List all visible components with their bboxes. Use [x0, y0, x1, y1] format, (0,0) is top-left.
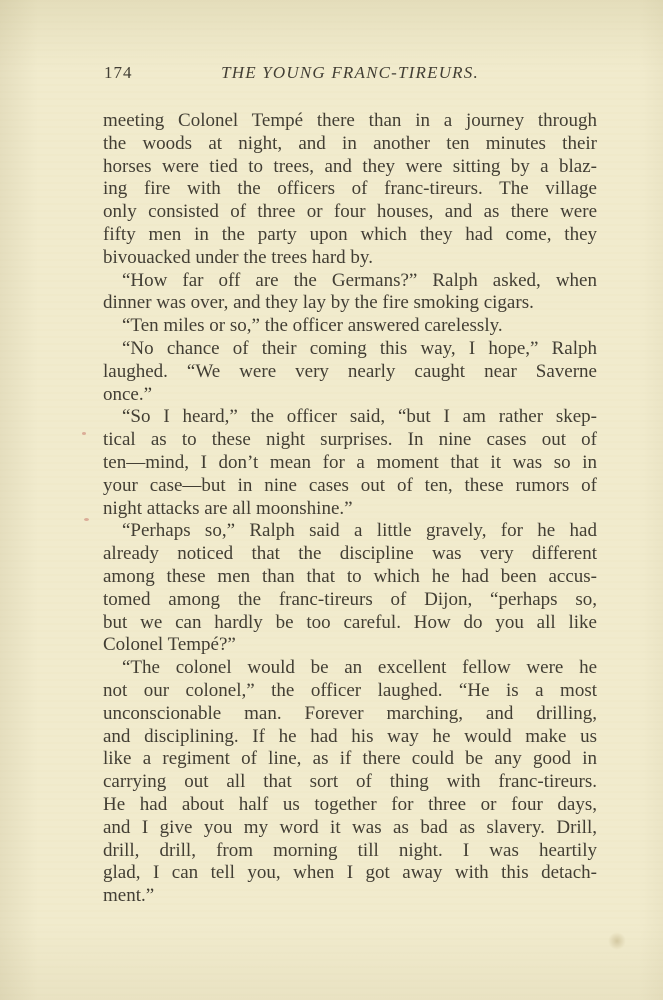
- text-line: ing fire with the officers of franc-tire…: [103, 178, 597, 201]
- page-header: 174 THE YOUNG FRANC-TIREURS.: [103, 63, 597, 87]
- text-line: but we can hardly be too careful. How do…: [103, 612, 597, 635]
- text-line: tomed among the franc-tireurs of Dijon, …: [103, 589, 597, 612]
- text-line: Colonel Tempé?”: [103, 634, 597, 657]
- text-line: and disciplining. If he had his way he w…: [103, 726, 597, 749]
- text-line: carrying out all that sort of thing with…: [103, 771, 597, 794]
- text-line: “So I heard,” the officer said, “but I a…: [103, 406, 597, 429]
- text-line: “No chance of their coming this way, I h…: [103, 338, 597, 361]
- text-line: tical as to these night surprises. In ni…: [103, 429, 597, 452]
- text-line: unconscionable man. Forever marching, an…: [103, 703, 597, 726]
- text-line: “How far off are the Germans?” Ralph ask…: [103, 270, 597, 293]
- text-line: night attacks are all moonshine.”: [103, 498, 597, 521]
- text-line: He had about half us together for three …: [103, 794, 597, 817]
- page-number: 174: [104, 63, 133, 83]
- text-line: the woods at night, and in another ten m…: [103, 133, 597, 156]
- text-line: among these men than that to which he ha…: [103, 566, 597, 589]
- text-line: once.”: [103, 384, 597, 407]
- book-page: 174 THE YOUNG FRANC-TIREURS. meeting Col…: [0, 0, 663, 1000]
- paper-speck: [82, 432, 86, 435]
- text-line: bivouacked under the trees hard by.: [103, 247, 597, 270]
- text-line: drill, drill, from morning till night. I…: [103, 840, 597, 863]
- text-line: meeting Colonel Tempé there than in a jo…: [103, 110, 597, 133]
- text-line: ten—mind, I don’t mean for a moment that…: [103, 452, 597, 475]
- text-line: your case—but in nine cases out of ten, …: [103, 475, 597, 498]
- text-line: glad, I can tell you, when I got away wi…: [103, 862, 597, 885]
- text-line: not our colonel,” the officer laughed. “…: [103, 680, 597, 703]
- text-line: “The colonel would be an excellent fello…: [103, 657, 597, 680]
- paper-speck: [84, 518, 89, 521]
- text-line: and I give you my word it was as bad as …: [103, 817, 597, 840]
- text-line: ment.”: [103, 885, 597, 908]
- text-line: like a regiment of line, as if there cou…: [103, 748, 597, 771]
- text-line: only consisted of three or four houses, …: [103, 201, 597, 224]
- body-text: meeting Colonel Tempé there than in a jo…: [103, 110, 597, 908]
- text-line: “Ten miles or so,” the officer answered …: [103, 315, 597, 338]
- paper-blot: [608, 932, 626, 950]
- text-line: fifty men in the party upon which they h…: [103, 224, 597, 247]
- text-line: “Perhaps so,” Ralph said a little gravel…: [103, 520, 597, 543]
- running-title: THE YOUNG FRANC-TIREURS.: [103, 63, 597, 83]
- text-line: laughed. “We were very nearly caught nea…: [103, 361, 597, 384]
- text-line: dinner was over, and they lay by the fir…: [103, 292, 597, 315]
- text-line: horses were tied to trees, and they were…: [103, 156, 597, 179]
- text-line: already noticed that the discipline was …: [103, 543, 597, 566]
